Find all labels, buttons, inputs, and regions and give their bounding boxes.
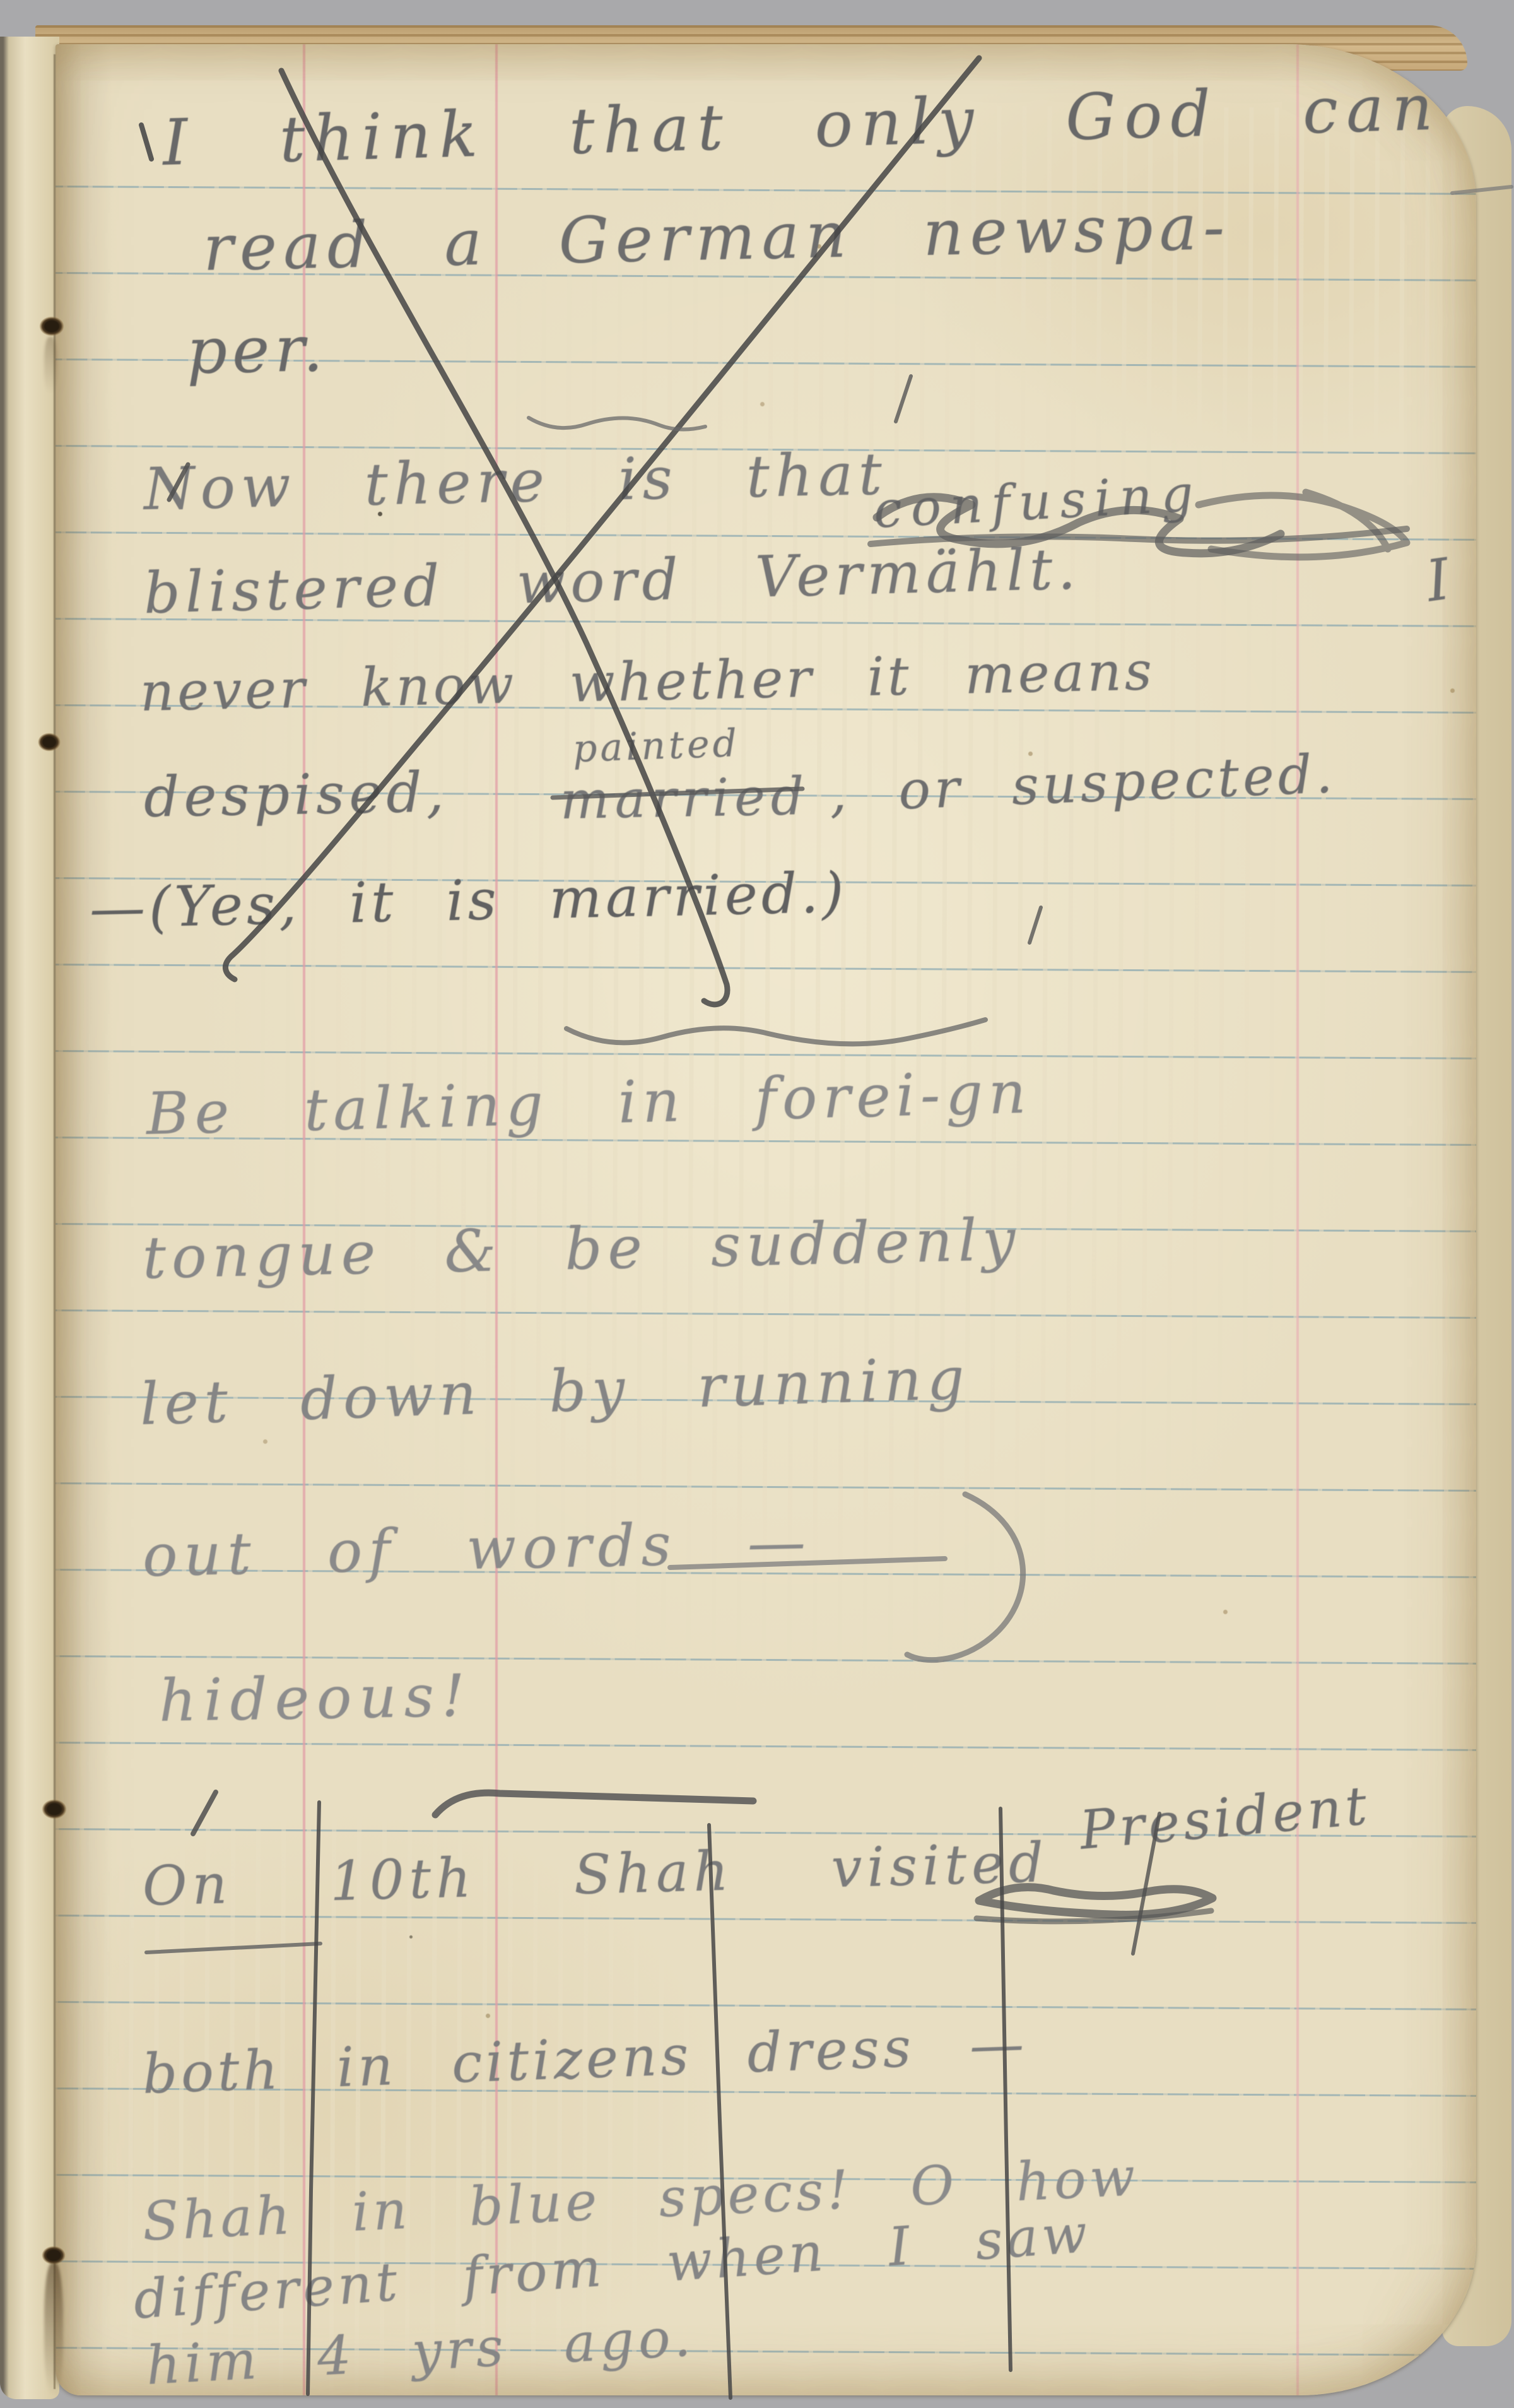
column-line-2: [709, 1825, 731, 2398]
confusing-scribble-2: [871, 529, 1407, 544]
stitch-hole-4-smear: [44, 2263, 63, 2395]
president-scribble-1: [979, 1887, 1212, 1915]
yes-married-underline-squiggle: [566, 1020, 985, 1044]
column-line-1: [308, 1802, 319, 2394]
crossout-x-stroke-2: [281, 71, 727, 1005]
pencil-marks-layer: [0, 0, 1514, 2408]
stitch-hole-1: [37, 314, 67, 338]
married-strikethrough: [553, 789, 802, 798]
scanned-notebook-screenshot: { "document": { "kind": "Handwritten pen…: [0, 0, 1514, 2408]
on-10th-underline: [146, 1944, 320, 1952]
words-closing-flourish: [907, 1494, 1023, 1660]
margin-tick-top: [141, 125, 151, 159]
can-trailing-dash: [1452, 187, 1511, 193]
stitch-hole-2: [35, 731, 63, 753]
margin-tick-on10: [193, 1792, 216, 1834]
margin-tick-per: [896, 376, 911, 422]
confusing-scribble-1: [877, 497, 1281, 553]
margin-tick-married: [1030, 907, 1041, 943]
president-slash: [1133, 1814, 1159, 1954]
stitch-hole-1-smear: [44, 337, 57, 394]
words-long-dash: [670, 1559, 945, 1567]
margin-tick-now: [169, 464, 188, 500]
stitch-hole-3: [39, 1797, 69, 1821]
crossout-x-stroke-1: [225, 58, 979, 979]
hideous-underline-flourish: [435, 1793, 753, 1815]
